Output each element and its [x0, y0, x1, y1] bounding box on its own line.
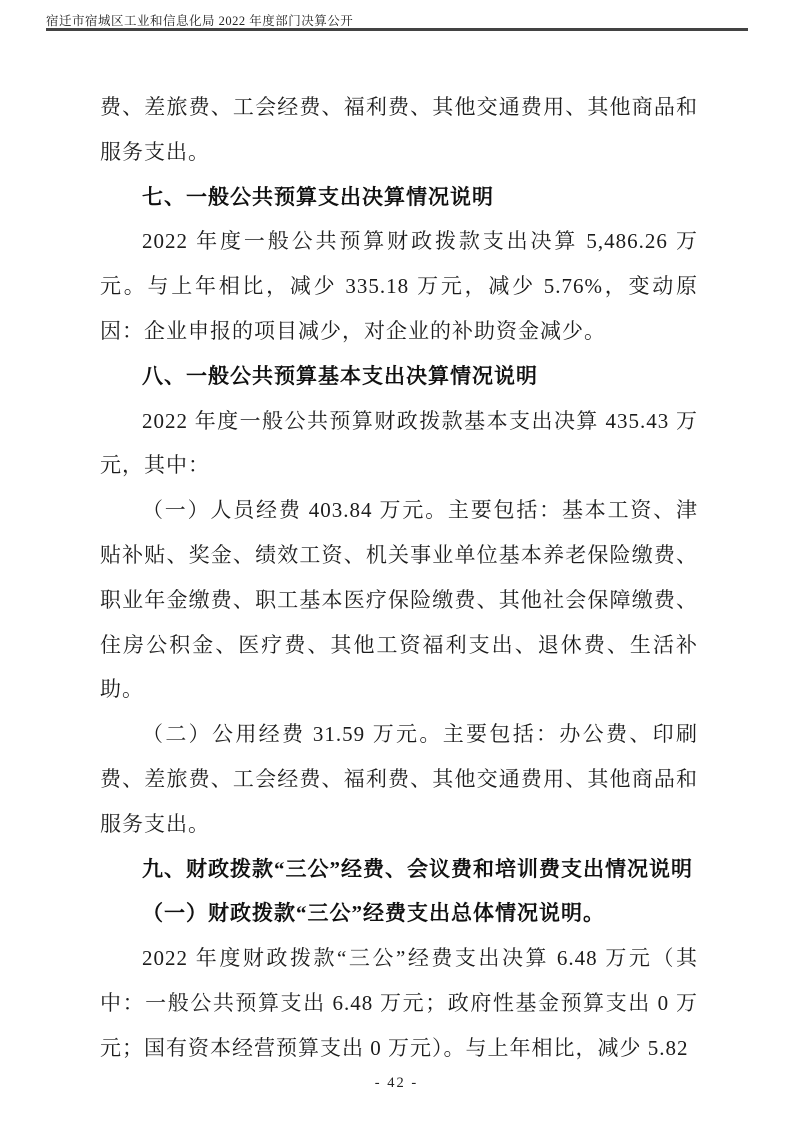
page-number: - 42 - — [0, 1075, 793, 1092]
paragraph-continuation: 费、差旅费、工会经费、福利费、其他交通费用、其他商品和服务支出。 — [100, 85, 698, 175]
sub-heading-9-1: （一）财政拨款“三公”经费支出总体情况说明。 — [100, 891, 698, 936]
header-rule-divider — [46, 28, 748, 31]
paragraph: （二）公用经费 31.59 万元。主要包括：办公费、印刷费、差旅费、工会经费、福… — [100, 712, 698, 846]
paragraph: 2022 年度一般公共预算财政拨款基本支出决算 435.43 万元，其中： — [100, 399, 698, 489]
paragraph: 2022 年度财政拨款“三公”经费支出决算 6.48 万元（其中：一般公共预算支… — [100, 936, 698, 1070]
document-page: 宿迁市宿城区工业和信息化局 2022 年度部门决算公开 费、差旅费、工会经费、福… — [0, 0, 793, 1122]
section-heading-9: 九、财政拨款“三公”经费、会议费和培训费支出情况说明 — [100, 847, 698, 892]
paragraph: 2022 年度一般公共预算财政拨款支出决算 5,486.26 万元。与上年相比，… — [100, 219, 698, 353]
paragraph: （一）人员经费 403.84 万元。主要包括：基本工资、津贴补贴、奖金、绩效工资… — [100, 488, 698, 712]
section-heading-8: 八、一般公共预算基本支出决算情况说明 — [100, 354, 698, 399]
document-header-title: 宿迁市宿城区工业和信息化局 2022 年度部门决算公开 — [46, 11, 748, 29]
section-heading-7: 七、一般公共预算支出决算情况说明 — [100, 175, 698, 220]
document-body: 费、差旅费、工会经费、福利费、其他交通费用、其他商品和服务支出。 七、一般公共预… — [100, 85, 698, 1071]
